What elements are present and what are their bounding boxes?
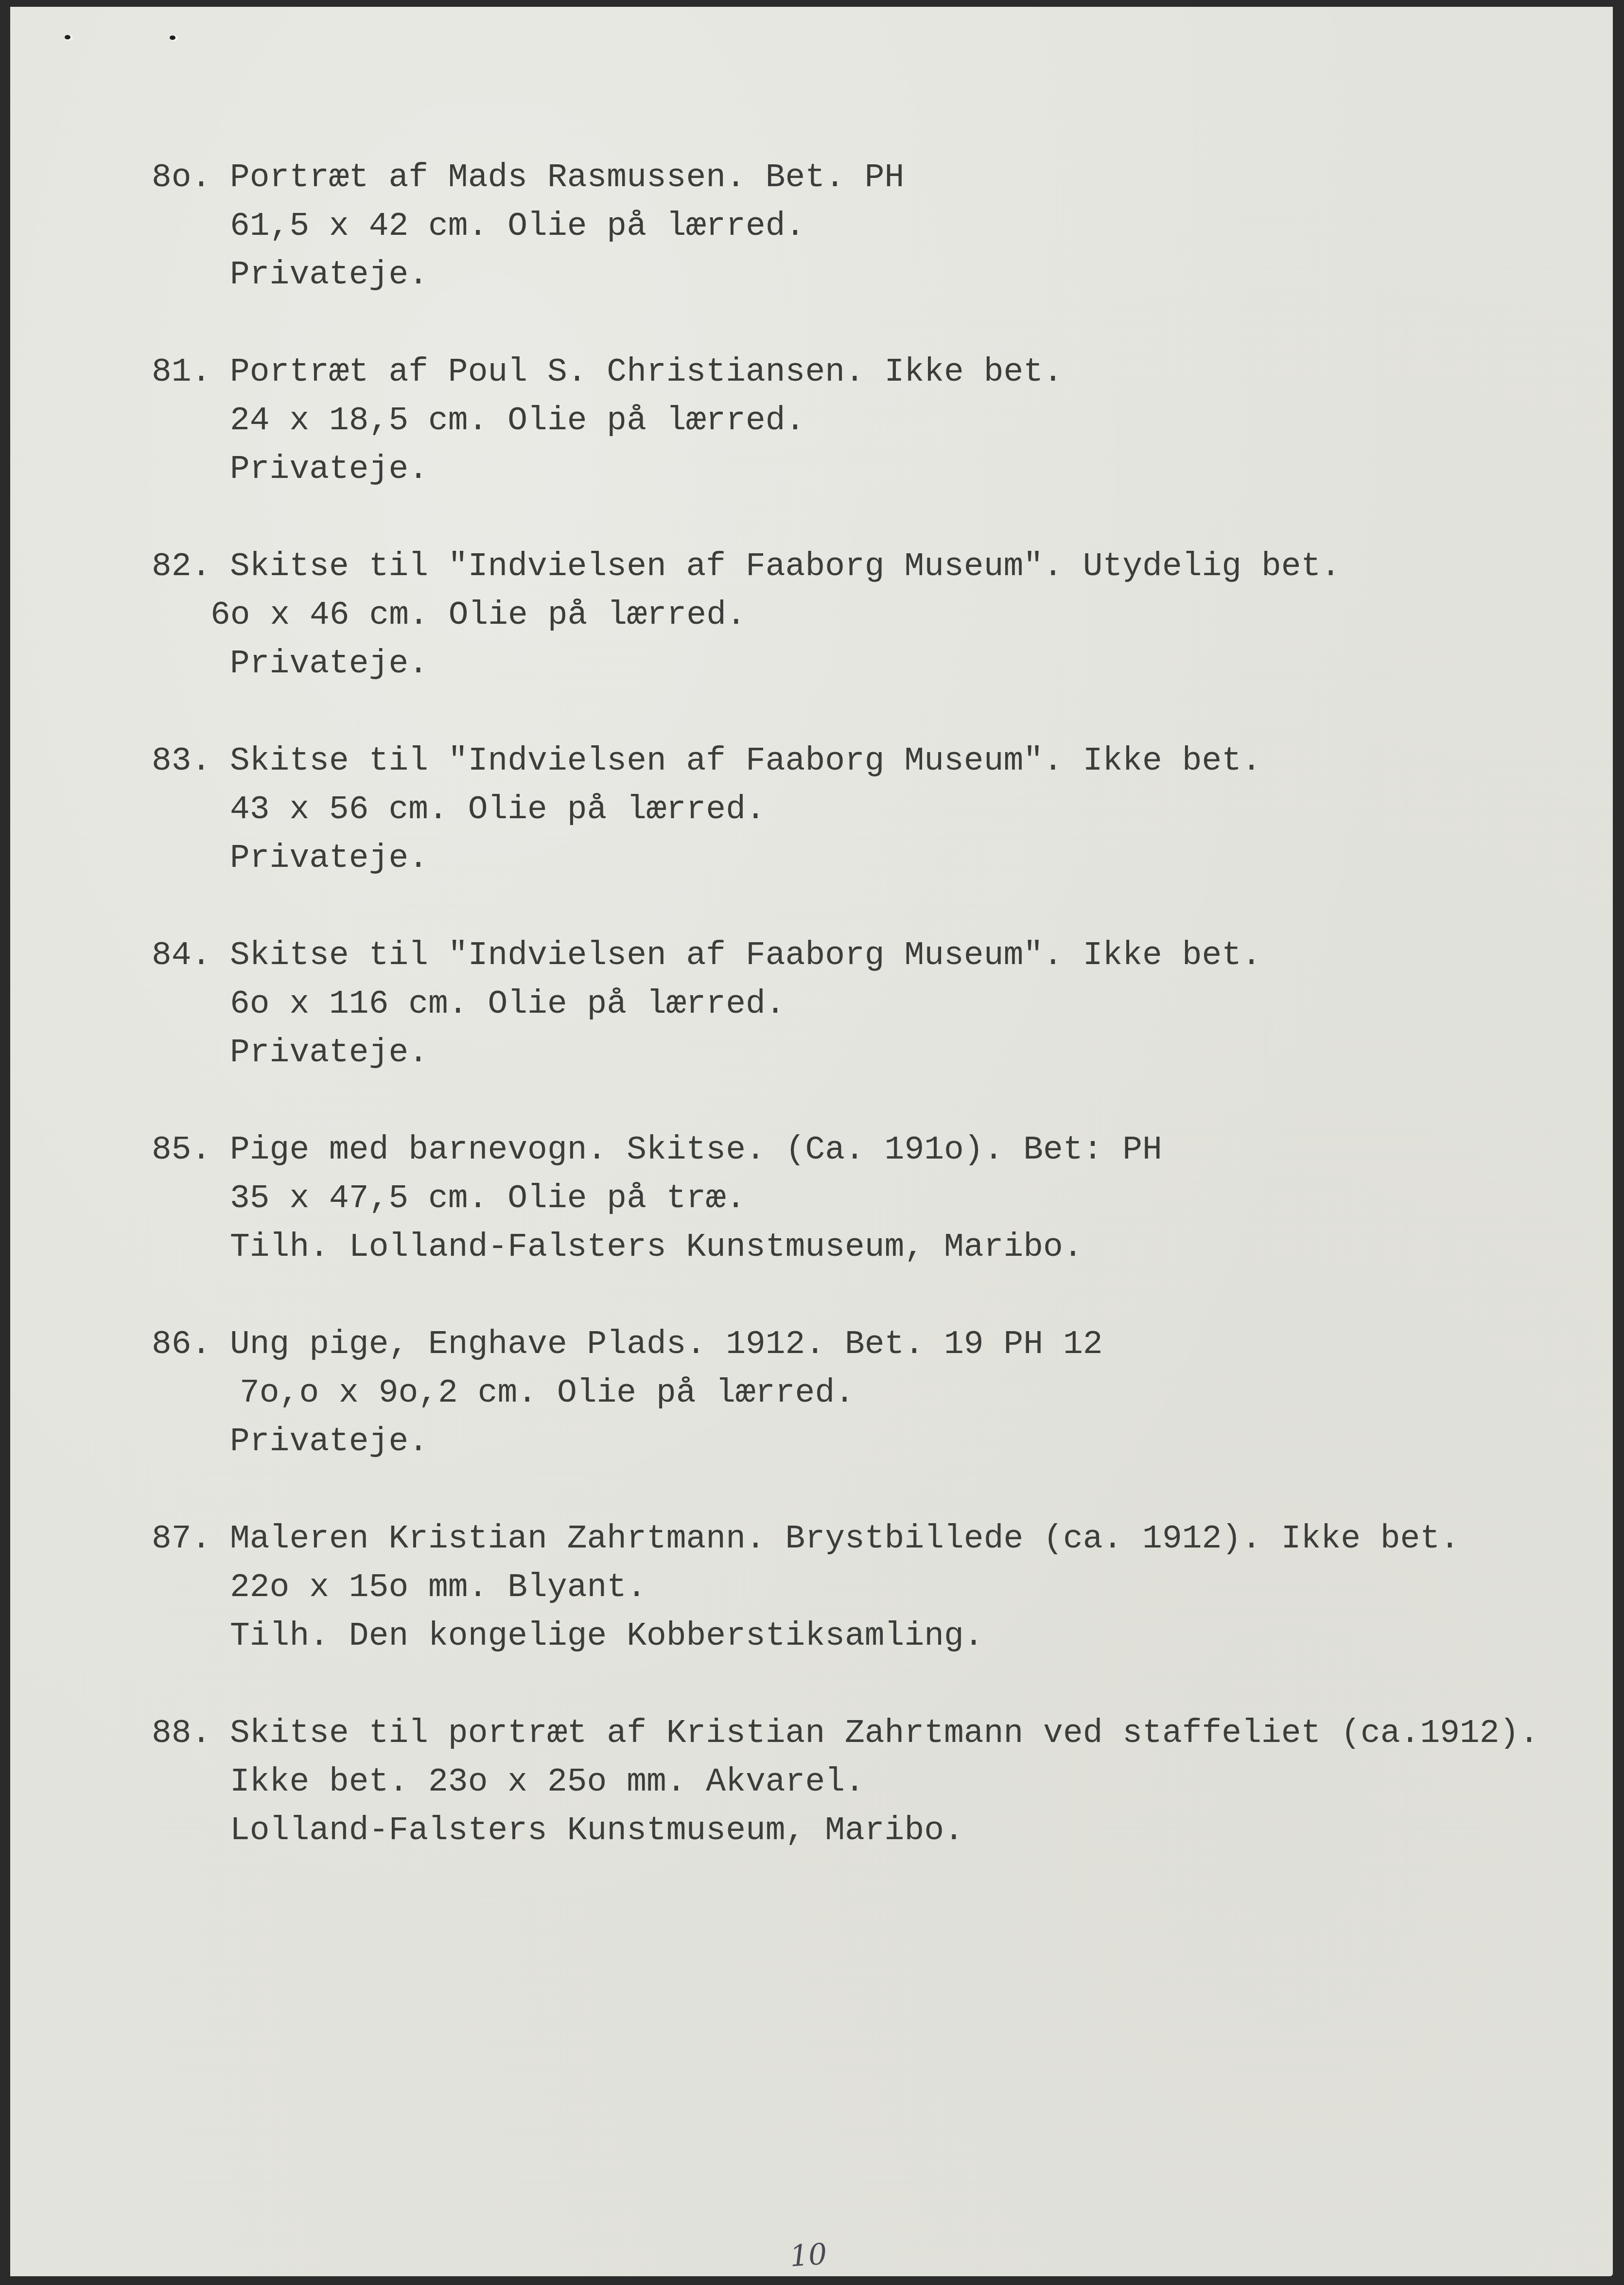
entry-owner-line: Privateje. <box>230 1037 428 1070</box>
entry-owner-line: Privateje. <box>230 842 428 875</box>
entry-details-line: Ikke bet. 23o x 25o mm. Akvarel. <box>230 1766 865 1799</box>
entry-dimensions-line: 43 x 56 cm. Olie på lærred. <box>230 793 766 826</box>
entry-title-line: Skitse til "Indvielsen af Faaborg Museum… <box>230 745 1261 778</box>
entry-title-line: Portræt af Poul S. Christiansen. Ikke be… <box>230 356 1063 389</box>
entry-dimensions-line: 35 x 47,5 cm. Olie på træ. <box>230 1182 746 1215</box>
entry-number: 85. <box>152 1134 211 1167</box>
entry-number: 88. <box>152 1717 211 1750</box>
entry-title-line: Maleren Kristian Zahrtmann. Brystbillede… <box>230 1523 1460 1556</box>
entry-owner-line: Tilh. Den kongelige Kobberstiksamling. <box>230 1620 984 1653</box>
entry-owner-line: Privateje. <box>230 259 428 292</box>
entry-title-line: Skitse til portræt af Kristian Zahrtmann… <box>230 1717 1539 1750</box>
entry-title-line: Pige med barnevogn. Skitse. (Ca. 191o). … <box>230 1134 1162 1167</box>
entry-owner-line: Privateje. <box>230 648 428 681</box>
entry-number: 82. <box>152 550 211 583</box>
entry-number: 81. <box>152 356 211 389</box>
entry-dimensions-line: 24 x 18,5 cm. Olie på lærred. <box>230 404 805 438</box>
entry-dimensions-line: 61,5 x 42 cm. Olie på lærred. <box>230 210 805 243</box>
entry-number: 83. <box>152 745 211 778</box>
entry-owner-line: Lolland-Falsters Kunstmuseum, Maribo. <box>230 1814 964 1847</box>
entry-title-line: Ung pige, Enghave Plads. 1912. Bet. 19 P… <box>230 1328 1103 1361</box>
entry-dimensions-line: 6o x 46 cm. Olie på lærred. <box>210 599 746 632</box>
entry-title-line: Skitse til "Indvielsen af Faaborg Museum… <box>230 939 1261 972</box>
entry-dimensions-line: 6o x 116 cm. Olie på lærred. <box>230 988 786 1021</box>
entry-dimensions-line: 22o x 15o mm. Blyant. <box>230 1571 646 1604</box>
entry-number: 8o. <box>152 161 211 194</box>
paper-page: 8o. Portræt af Mads Rasmussen. Bet. PH 6… <box>10 7 1613 2276</box>
entry-title-line: Skitse til "Indvielsen af Faaborg Museum… <box>230 550 1341 583</box>
entry-owner-line: Privateje. <box>230 1425 428 1459</box>
entry-owner-line: Tilh. Lolland-Falsters Kunstmuseum, Mari… <box>230 1231 1083 1264</box>
entry-owner-line: Privateje. <box>230 453 428 486</box>
entry-number: 86. <box>152 1328 211 1361</box>
punch-hole-mark <box>65 35 70 39</box>
handwritten-page-number: 10 <box>789 2237 828 2273</box>
entry-dimensions-line: 7o,o x 9o,2 cm. Olie på lærred. <box>240 1377 855 1410</box>
punch-hole-mark <box>170 35 175 40</box>
entry-title-line: Portræt af Mads Rasmussen. Bet. PH <box>230 161 904 194</box>
entry-number: 84. <box>152 939 211 972</box>
entry-number: 87. <box>152 1523 211 1556</box>
